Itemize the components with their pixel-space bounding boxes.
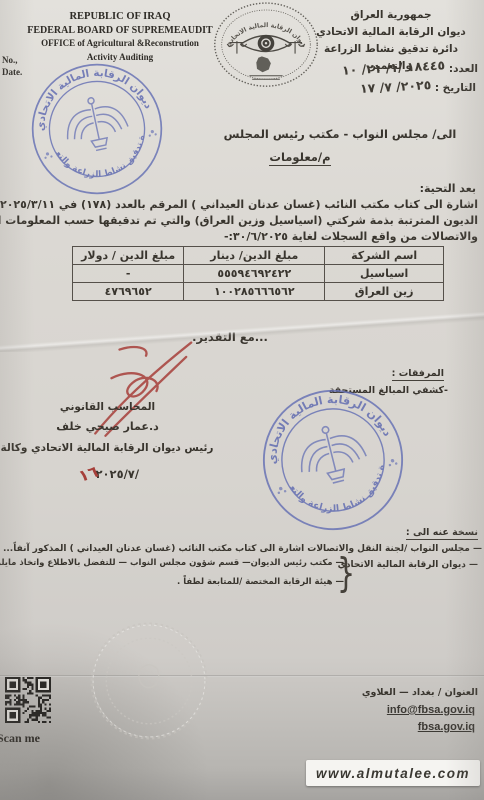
qr-code[interactable] xyxy=(5,677,51,723)
embossed-seal-icon xyxy=(88,620,210,742)
dinar-amount: ٥٥٥٩٤٦٩٢٤٢٢ xyxy=(184,265,325,283)
department-stamp-icon: ديوان الرقابة المالية الاتحادي دائرة تدق… xyxy=(18,50,177,209)
email-link[interactable]: info@fbsa.gov.iq xyxy=(387,704,475,716)
country-en: REPUBLIC OF IRAQ xyxy=(2,10,238,24)
recipient-line: الى/ مجلس النواب - مكتب رئيس المجلس xyxy=(200,127,480,141)
dinar-amount: ١٠٠٢٨٥٦٦٦٥٦٢ xyxy=(184,283,325,301)
body-line-2: الديون المترتبة بذمة شركتي (اسياسيل وزين… xyxy=(0,214,478,227)
scanned-letter: REPUBLIC OF IRAQ FEDERAL BOARD OF SUPREM… xyxy=(0,0,484,800)
attachments-title: المرفقات : xyxy=(392,368,444,379)
signatory-title: المحاسب القانوني xyxy=(0,401,215,413)
no-label: No., xyxy=(2,55,18,65)
dollar-amount: - xyxy=(73,265,184,283)
col-dinar: مبلغ الدين/ دينار xyxy=(184,247,325,265)
eagle-icon xyxy=(60,91,131,155)
signature-day-handwritten: ١٦ xyxy=(76,462,100,486)
fbsa-emblem-icon: ديوان الرقابة المالية الاتحادي xyxy=(210,1,322,91)
signature-date-prefix: ٢٠٢٥/٧/ xyxy=(96,467,140,481)
watermark-text: www.almutalee.com xyxy=(316,766,470,781)
debt-table: اسم الشركة مبلغ الدين/ دينار مبلغ الدين … xyxy=(72,246,444,301)
copies-title: نسخة عنه الى : xyxy=(406,527,478,538)
department-stamp-icon: ديوان الرقابة المالية الاتحادي دائرة تدق… xyxy=(246,373,421,548)
date-label-ar: التاريخ : xyxy=(435,82,476,94)
watermark-badge[interactable]: www.almutalee.com xyxy=(306,760,480,786)
col-company: اسم الشركة xyxy=(325,247,444,265)
office-en: OFFICE of Agricultural &Reconstrution xyxy=(2,37,238,51)
subject-line: م/معلومات xyxy=(245,150,355,164)
company-name: اسياسيل xyxy=(325,265,444,283)
table-row: زين العراق ١٠٠٢٨٥٦٦٦٥٦٢ ٤٧٦٩٦٥٢ xyxy=(73,283,444,301)
signature-date: ٢٠٢٥/٧/١٦ xyxy=(0,463,215,482)
subject-text: م/معلومات xyxy=(269,150,330,166)
brace-icon: } xyxy=(337,550,355,596)
copy-recipient-1: — مجلس النواب /لجنة النقل والاتصالات اشا… xyxy=(0,544,482,554)
eagle-icon xyxy=(293,419,371,490)
address-line: العنوان / بغداد — العلاوي xyxy=(362,687,478,698)
company-name: زين العراق xyxy=(325,283,444,301)
number-value: ١٨٤٤٥ /١/ ٢١/ ١٠ xyxy=(342,57,446,77)
board-en: FEDERAL BOARD OF SUPREMEAUDIT xyxy=(2,24,238,38)
date-label-en: Date. xyxy=(2,67,22,77)
date-value: ٢٠٢٥/ ٧/ ١٧ xyxy=(360,77,432,96)
copy-group-item-2: — هيئة الرقابة المختصة /للمتابعة لطفاً . xyxy=(177,577,344,587)
copy-group-item-1: — مكتب رئيس الديوان— قسم شؤون مجلس النوا… xyxy=(0,558,344,568)
number-label: العدد: xyxy=(449,63,478,75)
country-ar: جمهورية العراق xyxy=(302,7,480,24)
signatory-name: د.عمار صبحي خلف xyxy=(0,420,215,433)
dollar-amount: ٤٧٦٩٦٥٢ xyxy=(73,283,184,301)
board-ar: ديوان الرقابة المالية الاتحادي xyxy=(302,24,480,41)
table-header-row: اسم الشركة مبلغ الدين/ دينار مبلغ الدين … xyxy=(73,247,444,265)
signatory-position: رئيس ديوان الرقابة المالية الاتحادي وكال… xyxy=(0,442,222,454)
letter-date: التاريخ : ٢٠٢٥/ ٧/ ١٧ xyxy=(360,79,476,94)
body-line-3: والاتصالات من واقع السجلات لغاية ٣٠/٦/٢٠… xyxy=(224,230,478,243)
letter-number: العدد: ١٨٤٤٥ /١/ ٢١/ ١٠ xyxy=(342,60,478,75)
website-link[interactable]: fbsa.gov.iq xyxy=(418,721,475,733)
copy-group-label: — ديوان الرقابة المالية الاتحادي xyxy=(338,560,478,570)
table-row: اسياسيل ٥٥٥٩٤٦٩٢٤٢٢ - xyxy=(73,265,444,283)
svg-text:ديوان الرقابة المالية الاتحادي: ديوان الرقابة المالية الاتحادي xyxy=(24,56,155,134)
scan-me-label: Scan me xyxy=(0,731,40,746)
salutation: بعد التحية: xyxy=(420,182,476,195)
col-dollar: مبلغ الدين / دولار xyxy=(73,247,184,265)
paper-fold-line xyxy=(0,675,484,677)
body-line-1: اشارة الى كتاب مكتب النائب (غسان عدنان ا… xyxy=(0,198,478,211)
